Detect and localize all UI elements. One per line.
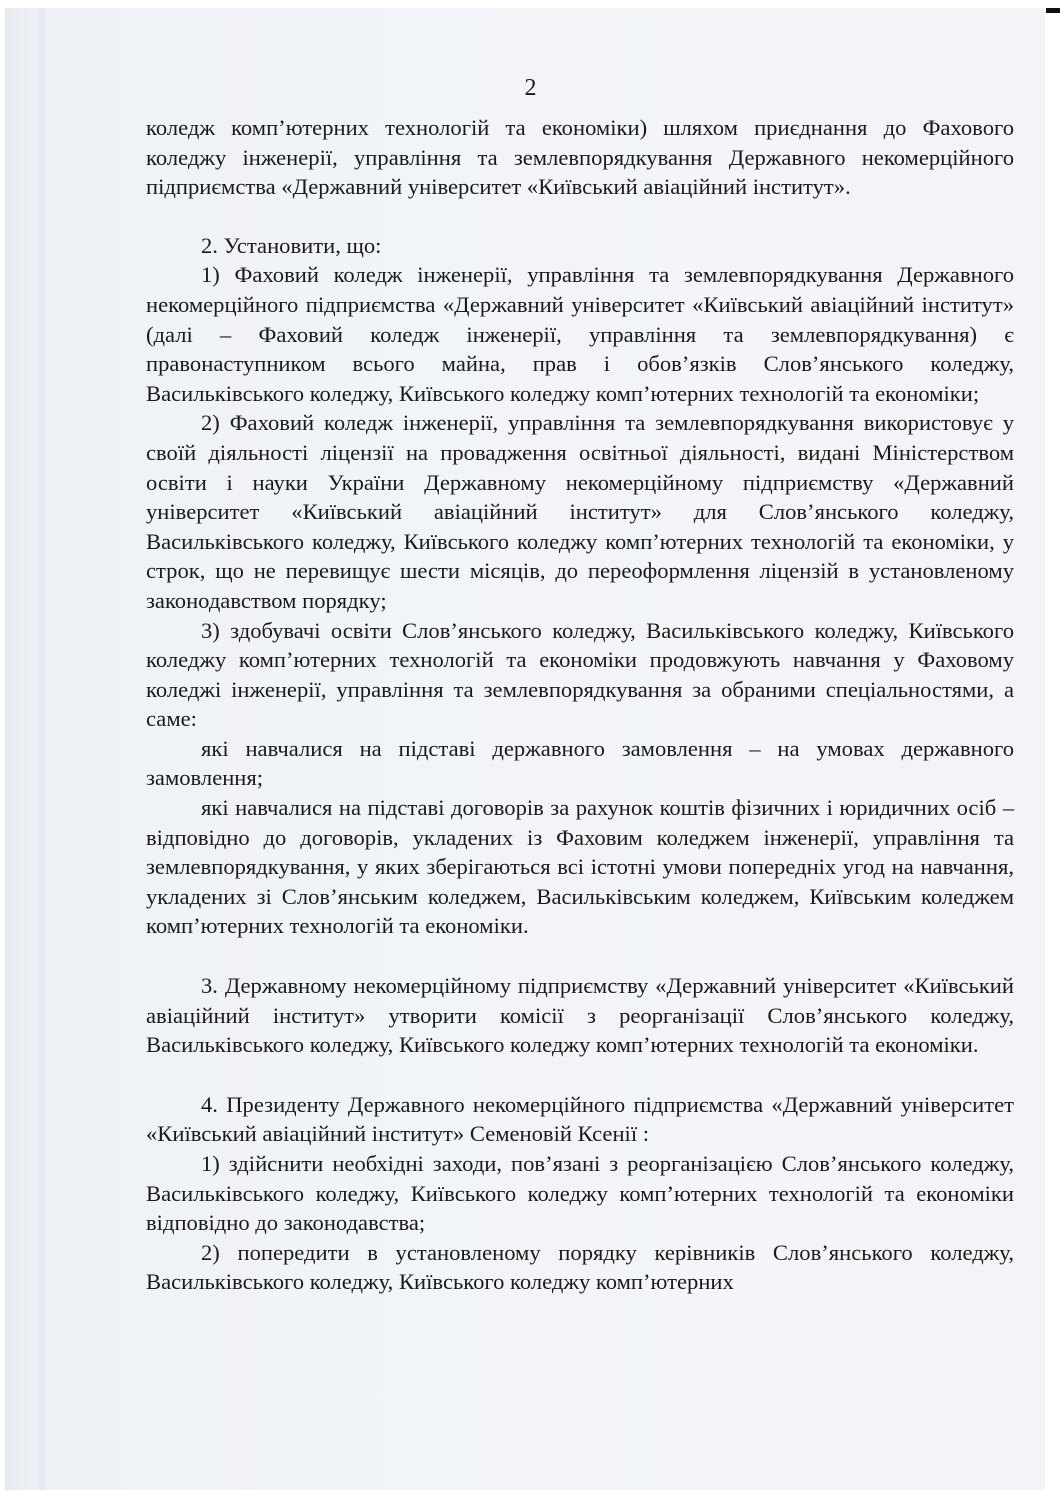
paragraph-spacer <box>146 1060 1014 1090</box>
section-2-item-3-contracts: які навчалися на підставі договорів за р… <box>146 793 1014 941</box>
paragraph-spacer <box>146 202 1014 231</box>
section-4-item-2: 2) попередити в установленому порядку ке… <box>146 1238 1014 1297</box>
document-body: коледж комп’ютерних технологій та економ… <box>146 113 1014 1297</box>
paragraph-continuation: коледж комп’ютерних технологій та економ… <box>146 113 1014 202</box>
section-4-item-1: 1) здійснити необхідні заходи, пов’язані… <box>146 1149 1014 1238</box>
scan-edge-mark <box>1046 8 1060 13</box>
section-2-item-3: 3) здобувачі освіти Слов’янського коледж… <box>146 616 1014 734</box>
paragraph-spacer <box>146 941 1014 971</box>
section-2-heading: 2. Установити, що: <box>146 231 1014 261</box>
page-number: 2 <box>0 75 1061 102</box>
section-3: 3. Державному некомерційному підприємств… <box>146 971 1014 1060</box>
section-2-item-2: 2) Фаховий коледж інженерії, управління … <box>146 408 1014 615</box>
section-2-item-3-state-order: які навчалися на підставі державного зам… <box>146 734 1014 793</box>
section-4-heading: 4. Президенту Державного некомерційного … <box>146 1090 1014 1149</box>
section-2-item-1: 1) Фаховий коледж інженерії, управління … <box>146 260 1014 408</box>
